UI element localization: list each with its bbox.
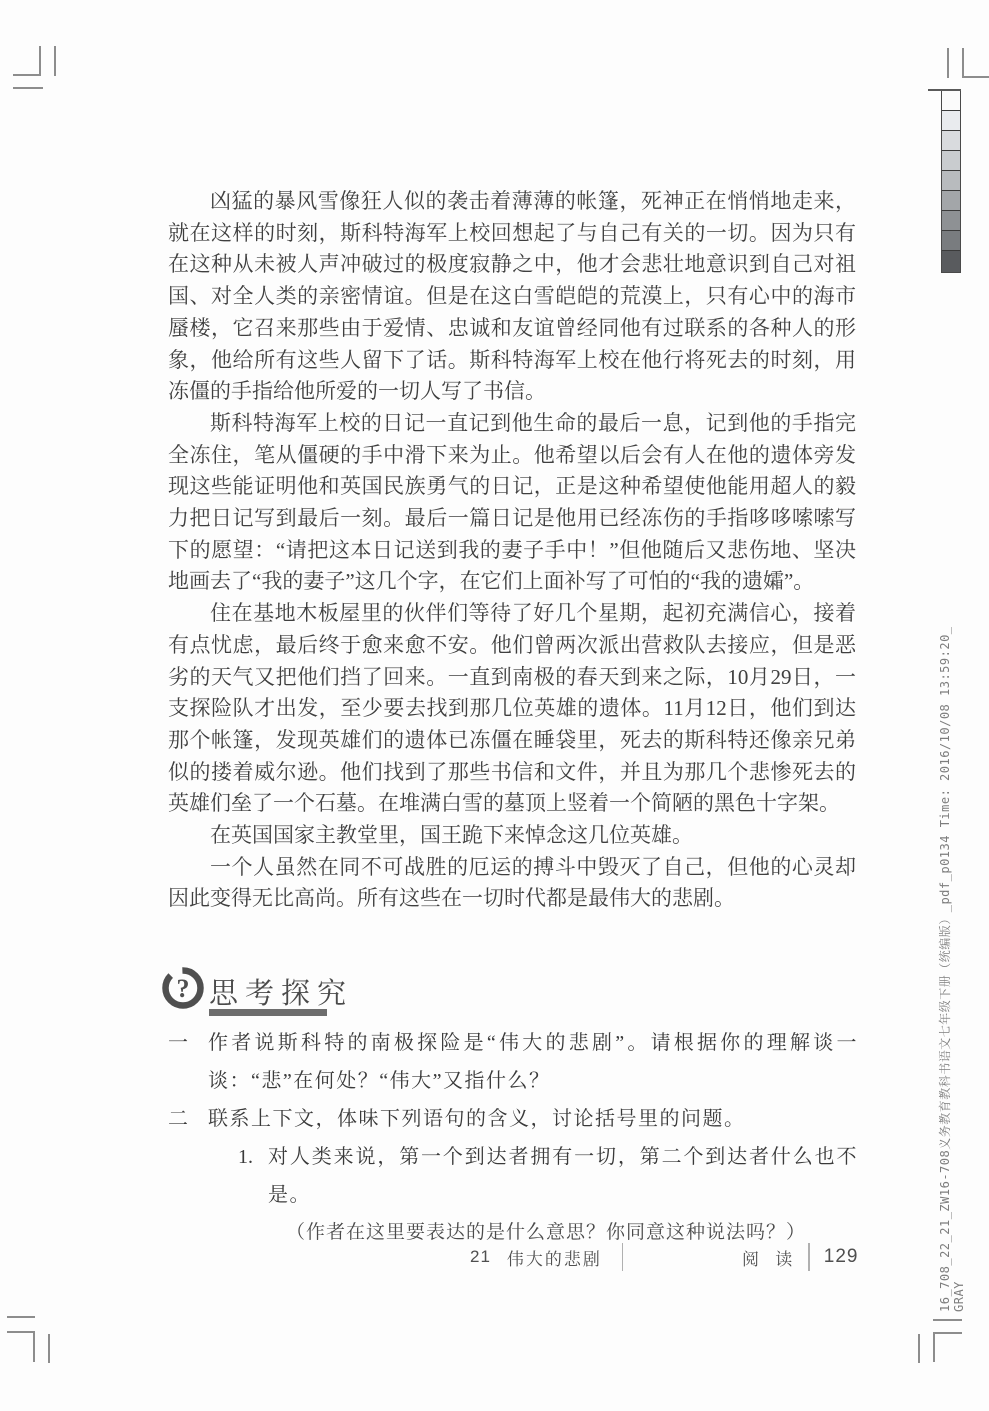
question-text: 作者说斯科特的南极探险是“伟大的悲剧”。请根据你的理解谈一谈：“悲”在何处？“伟… xyxy=(208,1024,858,1100)
crop-mark xyxy=(933,1332,935,1362)
crop-mark xyxy=(918,1334,920,1363)
crop-mark xyxy=(7,1331,35,1333)
footer-pagination: 阅 读 129 xyxy=(742,1243,858,1271)
calibration-step xyxy=(942,210,960,230)
calibration-step xyxy=(942,250,960,272)
question-text: 联系上下文，体味下列语句的含义，讨论括号里的问题。 xyxy=(208,1100,858,1138)
lesson-number: 21 xyxy=(470,1247,491,1267)
footer-divider xyxy=(808,1243,810,1271)
svg-text:?: ? xyxy=(177,974,190,1003)
crop-mark xyxy=(39,46,41,76)
calibration-step xyxy=(942,91,960,110)
section-title-underline xyxy=(209,1009,327,1016)
crop-mark xyxy=(33,1331,35,1362)
print-info-text: 16_708_22_21_ZW16-708义务教育教科书语文七年级下册（统编版）… xyxy=(938,626,952,1312)
question-subitem: 1. 对人类来说，第一个到达者拥有一切，第二个到达者什么也不是。 xyxy=(168,1138,858,1214)
textbook-page: 凶猛的暴风雪像狂人似的袭击着薄薄的帐篷，死神正在悄悄地走来，就在这样的时刻，斯科… xyxy=(0,0,989,1411)
section-title: 思考探究 xyxy=(209,971,353,1012)
question-item: 一 作者说斯科特的南极探险是“伟大的悲剧”。请根据你的理解谈一谈：“悲”在何处？… xyxy=(168,1024,858,1100)
footer-lesson: 21 伟大的悲剧 xyxy=(470,1243,623,1271)
questions-list: 一 作者说斯科特的南极探险是“伟大的悲剧”。请根据你的理解谈一谈：“悲”在何处？… xyxy=(168,1024,858,1252)
print-color-label: GRAY xyxy=(952,626,966,1312)
question-number: 二 xyxy=(168,1100,208,1138)
crop-mark xyxy=(48,1334,50,1363)
crop-mark xyxy=(962,76,989,78)
lesson-title: 伟大的悲剧 xyxy=(507,1245,602,1270)
crop-mark xyxy=(13,87,43,89)
crop-mark xyxy=(947,48,949,78)
subitem-text: 对人类来说，第一个到达者拥有一切，第二个到达者什么也不是。 xyxy=(268,1138,858,1214)
crop-mark xyxy=(933,1319,962,1321)
page-number: 129 xyxy=(824,1246,859,1268)
article-paragraph: 一个人虽然在同不可战胜的厄运的搏斗中毁灭了自己，但他的心灵却因此变得无比高尚。所… xyxy=(168,852,856,915)
calibration-step xyxy=(942,170,960,190)
calibration-step xyxy=(942,130,960,150)
crop-mark xyxy=(54,46,56,76)
article-paragraph: 凶猛的暴风雪像狂人似的袭击着薄薄的帐篷，死神正在悄悄地走来，就在这样的时刻，斯科… xyxy=(168,186,856,408)
article-paragraph: 住在基地木板屋里的伙伴们等待了好几个星期，起初充满信心，接着有点忧虑，最后终于愈… xyxy=(168,598,856,820)
calibration-step xyxy=(942,230,960,250)
calibration-step xyxy=(942,150,960,170)
calibration-step xyxy=(942,110,960,130)
article-paragraph: 斯科特海军上校的日记一直记到他生命的最后一息，记到他的手指完全冻住，笔从僵硬的手… xyxy=(168,408,856,598)
print-info-sidebar: 16_708_22_21_ZW16-708义务教育教科书语文七年级下册（统编版）… xyxy=(938,626,966,1312)
unit-section-label: 阅 读 xyxy=(742,1245,798,1270)
crop-mark xyxy=(962,48,964,78)
question-item: 二 联系上下文，体味下列语句的含义，讨论括号里的问题。 xyxy=(168,1100,858,1138)
question-number: 一 xyxy=(168,1024,208,1100)
crop-mark xyxy=(7,1316,35,1318)
calibration-step xyxy=(942,190,960,210)
article-body: 凶猛的暴风雪像狂人似的袭击着薄薄的帐篷，死神正在悄悄地走来，就在这样的时刻，斯科… xyxy=(168,186,856,915)
footer-divider xyxy=(622,1243,624,1271)
article-paragraph: 在英国国家主教堂里，国王跪下来悼念这几位英雄。 xyxy=(168,820,856,852)
crop-mark xyxy=(13,74,41,76)
subitem-number: 1. xyxy=(238,1138,268,1214)
grayscale-calibration-strip xyxy=(941,91,961,273)
crop-mark xyxy=(933,1332,962,1334)
question-mark-circle-icon: ? xyxy=(159,964,207,1012)
